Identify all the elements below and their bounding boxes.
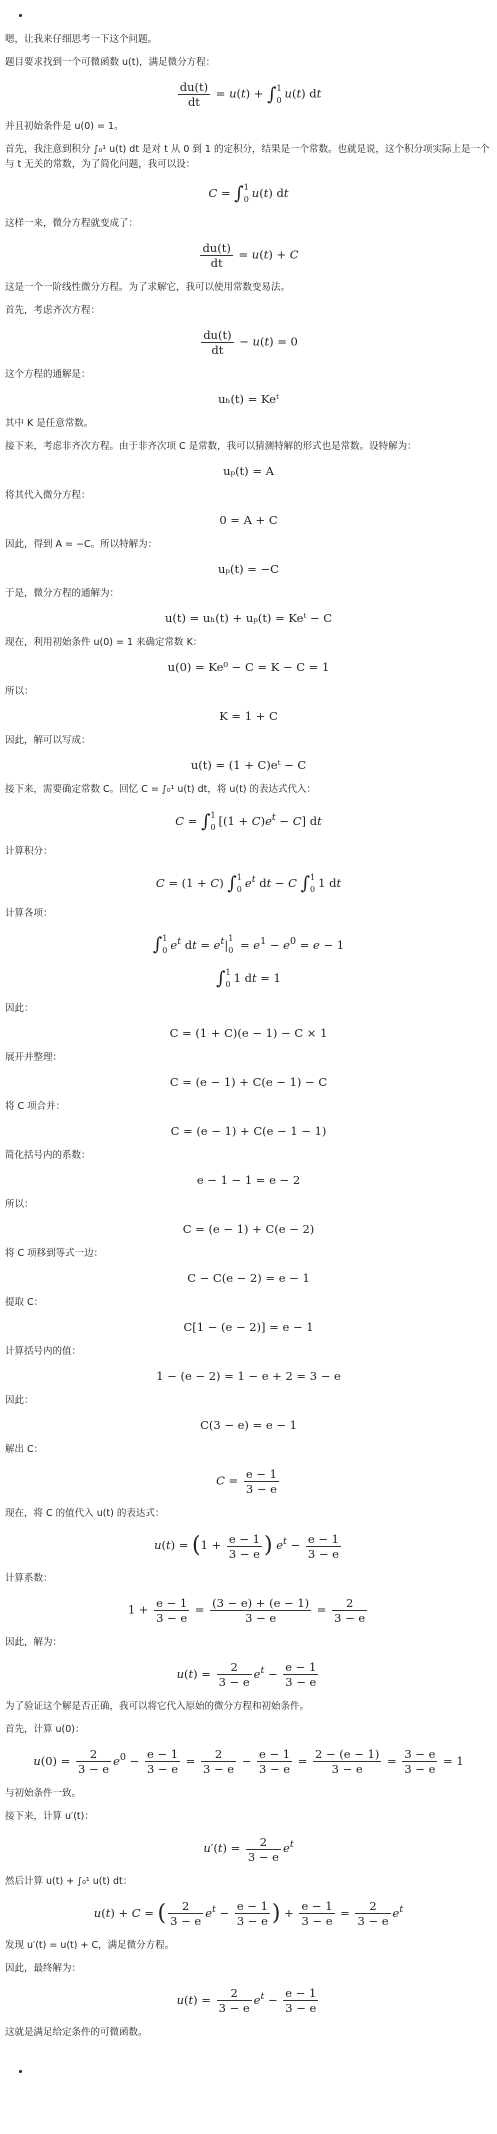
paragraph: 接下来，考虑非齐次方程。由于非齐次项 C 是常数，我可以猜测特解的形式也是常数。… — [5, 439, 492, 454]
paragraph: 计算括号内的值： — [5, 1344, 492, 1359]
paragraph: 提取 C： — [5, 1295, 492, 1310]
equation: C[1 − (e − 2)] = e − 1 — [5, 1318, 492, 1336]
paragraph: 题目要求找到一个可微函数 u(t)，满足微分方程： — [5, 55, 492, 70]
paragraph: 因此： — [5, 1393, 492, 1408]
equation: K = 1 + C — [5, 707, 492, 725]
paragraph: 所以： — [5, 684, 492, 699]
paragraph: 现在，将 C 的值代入 u(t) 的表达式： — [5, 1506, 492, 1521]
paragraph: 所以： — [5, 1197, 492, 1212]
equation: C = (e − 1) + C(e − 1 − 1) — [5, 1122, 492, 1140]
paragraph: 现在，利用初始条件 u(0) = 1 来确定常数 K： — [5, 635, 492, 650]
paragraph: 因此： — [5, 1001, 492, 1016]
paragraph: 其中 K 是任意常数。 — [5, 416, 492, 431]
paragraph: 这样一来，微分方程就变成了： — [5, 216, 492, 231]
paragraph: 展开并整理： — [5, 1050, 492, 1065]
equation: C = (e − 1) + C(e − 2) — [5, 1220, 492, 1238]
paragraph: 接下来，需要确定常数 C。回忆 C = ∫₀¹ u(t) dt，将 u(t) 的… — [5, 782, 492, 797]
equation: u(t) = 23 − eet − e − 13 − e — [5, 1660, 492, 1689]
equation: 1 − (e − 2) = 1 − e + 2 = 3 − e — [5, 1367, 492, 1385]
equation: u(t) = uₕ(t) + uₚ(t) = Keᵗ − C — [5, 609, 492, 627]
paragraph: 因此，解可以写成： — [5, 733, 492, 748]
equation: u(t) = (1 + C)eᵗ − C — [5, 756, 492, 774]
paragraph: 接下来，计算 u′(t)： — [5, 1809, 492, 1824]
equation: u(t) + C = (23 − eet − e − 13 − e) + e −… — [5, 1899, 492, 1928]
equation: du(t)dt = u(t) + C — [5, 241, 492, 270]
equation: C = (e − 1) + C(e − 1) − C — [5, 1073, 492, 1091]
paragraph: 首先，计算 u(0)： — [5, 1722, 492, 1737]
equation: u(0) = 23 − ee0 − e − 13 − e = 23 − e − … — [5, 1747, 492, 1776]
paragraph: 这就是满足给定条件的可微函数。 — [5, 2025, 492, 2040]
paragraph: 计算系数： — [5, 1571, 492, 1586]
paragraph: 嗯，让我来仔细思考一下这个问题。 — [5, 32, 492, 47]
equation: uₚ(t) = −C — [5, 560, 492, 578]
equation: C − C(e − 2) = e − 1 — [5, 1269, 492, 1287]
paragraph: 于是，微分方程的通解为： — [5, 586, 492, 601]
paragraph: 首先，我注意到积分 ∫₀¹ u(t) dt 是对 t 从 0 到 1 的定积分，… — [5, 142, 492, 172]
equation: uₕ(t) = Keᵗ — [5, 390, 492, 408]
paragraph: 因此，解为： — [5, 1635, 492, 1650]
equation: C = ∫10u(t) dt — [5, 182, 492, 206]
bullet-icon — [19, 2070, 22, 2073]
equation: ∫101 dt = 1 — [5, 967, 492, 991]
paragraph: 解出 C： — [5, 1442, 492, 1457]
paragraph: 因此，得到 A = −C。所以特解为： — [5, 537, 492, 552]
paragraph: 计算积分： — [5, 844, 492, 859]
paragraph: 将 C 项合并： — [5, 1099, 492, 1114]
equation-ode: du(t)dt = u(t) + ∫10u(t) dt — [5, 80, 492, 109]
paragraph: 将其代入微分方程： — [5, 488, 492, 503]
equation: C(3 − e) = e − 1 — [5, 1416, 492, 1434]
bullet-icon — [19, 14, 22, 17]
equation: C = (1 + C) ∫10et dt − C ∫101 dt — [5, 869, 492, 896]
equation: C = (1 + C)(e − 1) − C × 1 — [5, 1024, 492, 1042]
equation: 1 + e − 13 − e = (3 − e) + (e − 1)3 − e … — [5, 1596, 492, 1625]
equation: 0 = A + C — [5, 511, 492, 529]
paragraph: 与初始条件一致。 — [5, 1786, 492, 1801]
paragraph: 将 C 项移到等式一边： — [5, 1246, 492, 1261]
paragraph: 这个方程的通解是： — [5, 367, 492, 382]
equation: du(t)dt − u(t) = 0 — [5, 328, 492, 357]
equation: C = e − 13 − e — [5, 1467, 492, 1496]
paragraph: 计算各项： — [5, 906, 492, 921]
equation-final: u(t) = 23 − eet − e − 13 − e — [5, 1986, 492, 2015]
paragraph: 因此，最终解为： — [5, 1961, 492, 1976]
paragraph: 发现 u′(t) = u(t) + C，满足微分方程。 — [5, 1938, 492, 1953]
paragraph: 为了验证这个解是否正确，我可以将它代入原始的微分方程和初始条件。 — [5, 1699, 492, 1714]
paragraph: 简化括号内的系数： — [5, 1148, 492, 1163]
equation: C = ∫10[(1 + C)et − C] dt — [5, 807, 492, 834]
document-page: 嗯，让我来仔细思考一下这个问题。 题目要求找到一个可微函数 u(t)，满足微分方… — [0, 0, 497, 2090]
paragraph: 并且初始条件是 u(0) = 1。 — [5, 119, 492, 134]
equation: u′(t) = 23 − eet — [5, 1834, 492, 1863]
equation: e − 1 − 1 = e − 2 — [5, 1171, 492, 1189]
equation: u(0) = Ke⁰ − C = K − C = 1 — [5, 658, 492, 676]
paragraph: 这是一个一阶线性微分方程。为了求解它，我可以使用常数变易法。 — [5, 280, 492, 295]
equation: uₚ(t) = A — [5, 462, 492, 480]
list-bullet-bottom — [5, 2062, 492, 2080]
list-bullet-top — [5, 6, 492, 24]
equation: ∫10et dt = et|10 = e1 − e0 = e − 1 — [5, 931, 492, 958]
paragraph: 首先，考虑齐次方程： — [5, 303, 492, 318]
paragraph: 然后计算 u(t) + ∫₀¹ u(t) dt： — [5, 1874, 492, 1889]
equation: u(t) = (1 + e − 13 − e) et − e − 13 − e — [5, 1531, 492, 1560]
